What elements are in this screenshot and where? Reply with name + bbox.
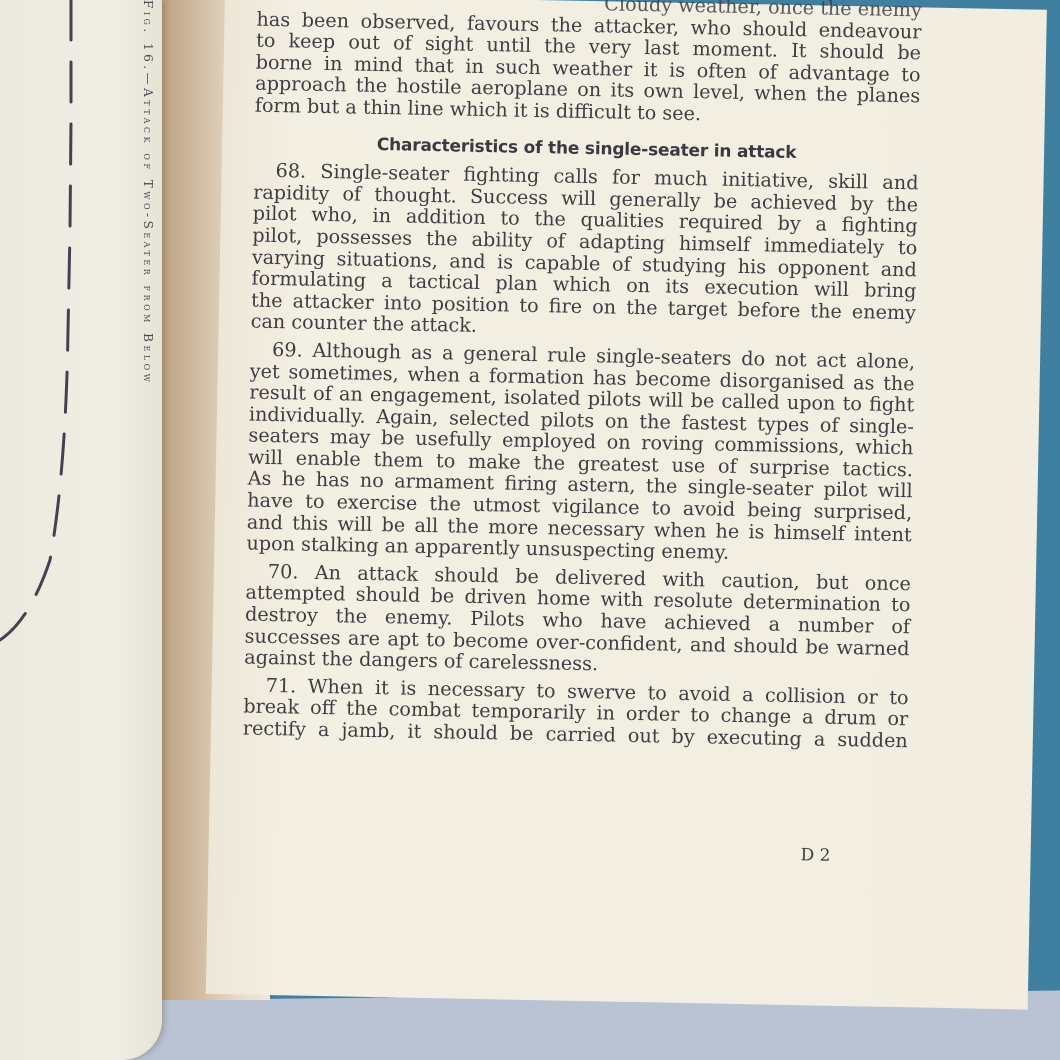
left-page: Fig. 16.—Attack of Two-Seater from Below xyxy=(0,0,162,1060)
paragraph-70: 70. An attack should be delivered with c… xyxy=(244,560,911,681)
paragraph-69: 69. Although as a general rule single-se… xyxy=(246,338,915,567)
paragraph-68: 68. Single-seater fighting calls for muc… xyxy=(251,160,919,345)
continued-text: Cloudy weather, once the enemy has been … xyxy=(255,0,922,129)
page-text: Cloudy weather, once the enemy has been … xyxy=(243,0,922,752)
right-page: Cloudy weather, once the enemy has been … xyxy=(206,0,1047,1010)
flight-path-diagram xyxy=(0,0,162,700)
figure-caption: Fig. 16.—Attack of Two-Seater from Below xyxy=(139,0,155,700)
signature-mark: D 2 xyxy=(800,845,830,866)
paragraph-71: 71. When it is necessary to swerve to av… xyxy=(243,674,909,752)
